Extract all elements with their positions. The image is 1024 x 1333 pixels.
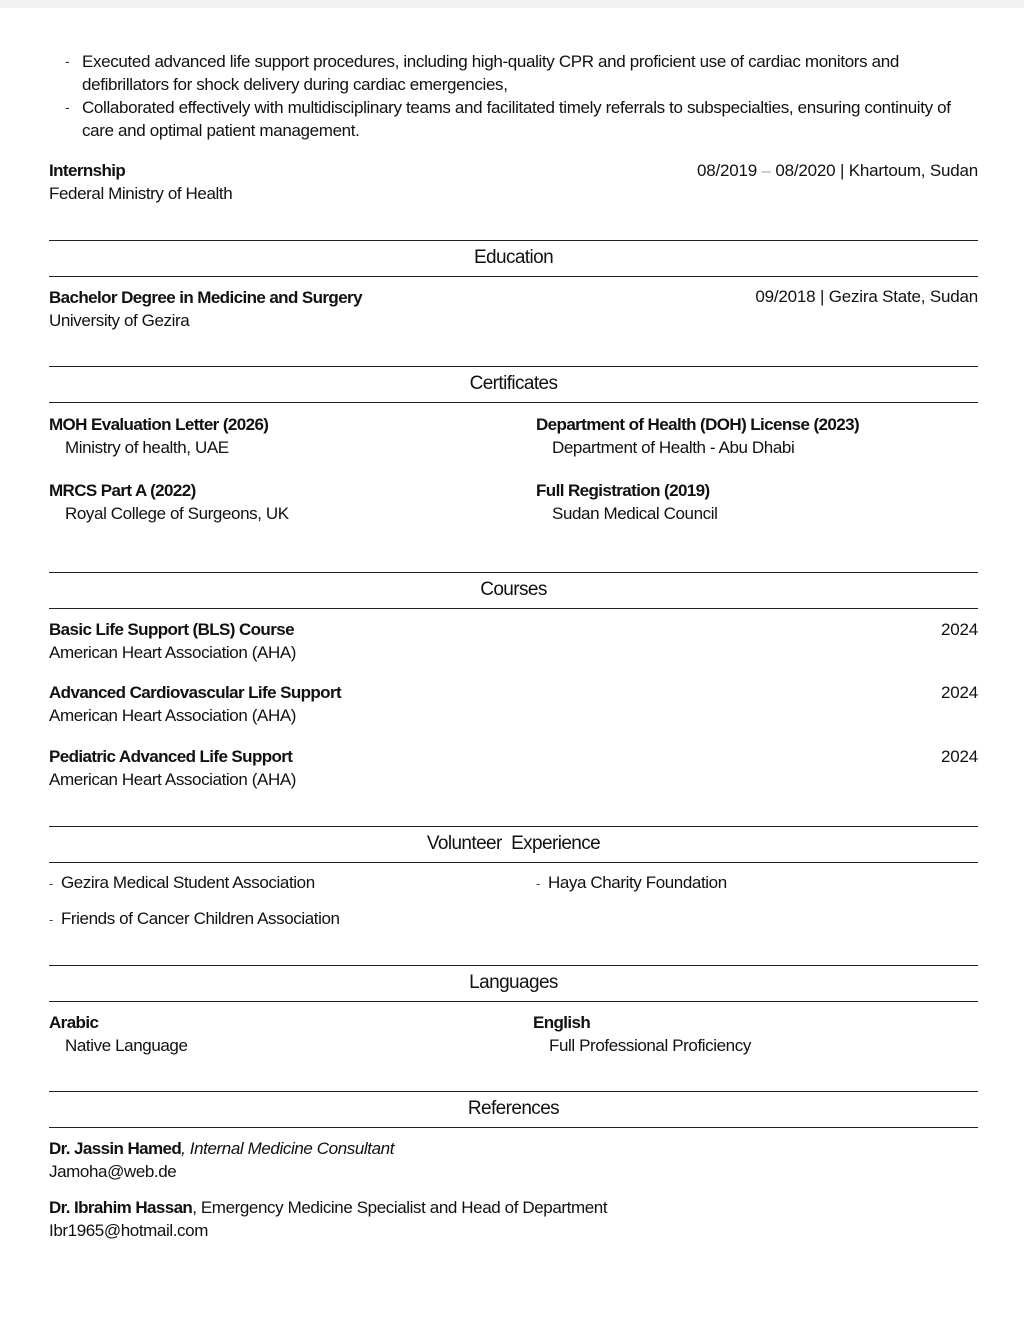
volunteer-item: -Friends of Cancer Children Association [49, 907, 340, 931]
course-item: Basic Life Support (BLS) Course American… [49, 618, 978, 664]
reference-name: Dr. Ibrahim Hassan [49, 1198, 192, 1217]
certificate-issuer: Department of Health - Abu Dhabi [536, 436, 859, 459]
volunteer-org: Gezira Medical Student Association [61, 873, 315, 892]
language-name: English [533, 1011, 751, 1034]
internship-start: 08/2019 [697, 161, 757, 180]
section-heading: Languages [49, 966, 978, 1000]
course-title: Advanced Cardiovascular Life Support [49, 681, 978, 704]
course-provider: American Heart Association (AHA) [49, 641, 978, 664]
course-year: 2024 [941, 618, 978, 641]
internship-location: Khartoum, Sudan [849, 161, 978, 180]
certificate-title: Department of Health (DOH) License (2023… [536, 413, 859, 436]
top-gray-band [0, 0, 1024, 8]
certificate-title: Full Registration (2019) [536, 479, 717, 502]
internship-end: 08/2020 [775, 161, 835, 180]
internship-dates-location: 08/2019 – 08/2020 | Khartoum, Sudan [697, 159, 978, 182]
certificate-item: Full Registration (2019) Sudan Medical C… [536, 479, 717, 525]
language-item: Arabic Native Language [49, 1011, 188, 1057]
section-heading: Education [49, 241, 978, 275]
reference-item: Dr. Ibrahim Hassan, Emergency Medicine S… [49, 1196, 607, 1242]
date-separator: – [762, 161, 771, 180]
language-item: English Full Professional Proficiency [533, 1011, 751, 1057]
internship-organization: Federal Ministry of Health [49, 182, 232, 205]
course-provider: American Heart Association (AHA) [49, 768, 978, 791]
language-name: Arabic [49, 1011, 188, 1034]
bullet-text: Collaborated effectively with multidisci… [82, 96, 978, 142]
section-languages: Languages [49, 965, 978, 1002]
section-courses: Courses [49, 572, 978, 609]
internship-title: Internship [49, 159, 125, 182]
education-date-location: 09/2018 | Gezira State, Sudan [755, 285, 978, 308]
reference-email: Ibr1965@hotmail.com [49, 1219, 607, 1242]
volunteer-item: -Haya Charity Foundation [536, 871, 727, 895]
bullet-dash: - [49, 876, 53, 891]
reference-item: Dr. Jassin Hamed, Internal Medicine Cons… [49, 1137, 394, 1183]
bullet-text: Executed advanced life support procedure… [82, 50, 978, 96]
location-separator: | [840, 161, 844, 180]
reference-role: , Internal Medicine Consultant [181, 1139, 394, 1158]
section-education: Education [49, 240, 978, 277]
bullet-dash: - [49, 912, 53, 927]
certificate-item: MOH Evaluation Letter (2026) Ministry of… [49, 413, 268, 459]
certificate-title: MOH Evaluation Letter (2026) [49, 413, 268, 436]
bullet-dash: - [536, 876, 540, 891]
volunteer-org: Haya Charity Foundation [548, 873, 727, 892]
course-provider: American Heart Association (AHA) [49, 704, 978, 727]
certificate-issuer: Ministry of health, UAE [49, 436, 268, 459]
certificate-title: MRCS Part A (2022) [49, 479, 289, 502]
education-school: University of Gezira [49, 309, 189, 332]
certificate-item: MRCS Part A (2022) Royal College of Surg… [49, 479, 289, 525]
education-degree: Bachelor Degree in Medicine and Surgery [49, 286, 362, 309]
reference-role: , Emergency Medicine Specialist and Head… [192, 1198, 607, 1217]
section-heading: Volunteer Experience [49, 827, 978, 861]
bullet-dash: - [65, 96, 70, 119]
course-title: Basic Life Support (BLS) Course [49, 618, 978, 641]
course-item: Advanced Cardiovascular Life Support Ame… [49, 681, 978, 727]
education-date: 09/2018 [755, 287, 815, 306]
volunteer-item: -Gezira Medical Student Association [49, 871, 315, 895]
volunteer-org: Friends of Cancer Children Association [61, 909, 340, 928]
language-level: Full Professional Proficiency [533, 1034, 751, 1057]
section-heading: Courses [49, 573, 978, 607]
section-heading: References [49, 1092, 978, 1126]
course-item: Pediatric Advanced Life Support American… [49, 745, 978, 791]
course-title: Pediatric Advanced Life Support [49, 745, 978, 768]
course-year: 2024 [941, 745, 978, 768]
reference-name: Dr. Jassin Hamed [49, 1139, 181, 1158]
certificate-item: Department of Health (DOH) License (2023… [536, 413, 859, 459]
bullet-dash: - [65, 50, 70, 73]
reference-email: Jamoha@web.de [49, 1160, 394, 1183]
section-references: References [49, 1091, 978, 1128]
education-location: Gezira State, Sudan [829, 287, 978, 306]
location-separator: | [820, 287, 824, 306]
section-certificates: Certificates [49, 366, 978, 403]
section-heading: Certificates [49, 367, 978, 401]
language-level: Native Language [49, 1034, 188, 1057]
section-volunteer: Volunteer Experience [49, 826, 978, 863]
certificate-issuer: Royal College of Surgeons, UK [49, 502, 289, 525]
certificate-issuer: Sudan Medical Council [536, 502, 717, 525]
course-year: 2024 [941, 681, 978, 704]
